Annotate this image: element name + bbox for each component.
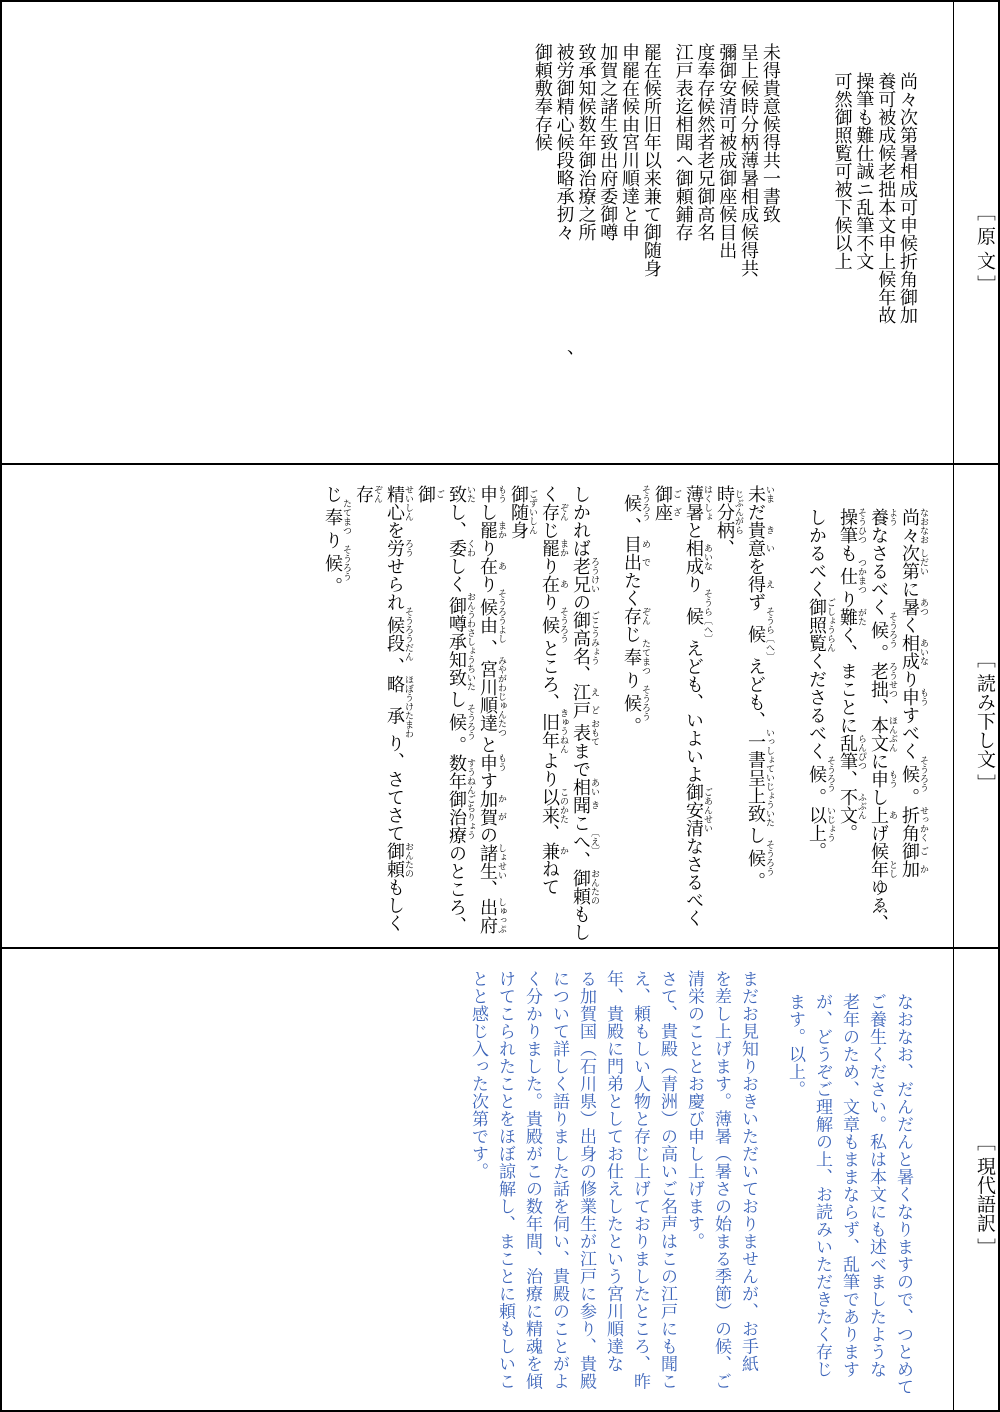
ruby-annotated-word: 諸生しょせい <box>478 844 498 880</box>
stray-comma-mark: 、 <box>567 338 585 356</box>
genbun-paragraph: 罷在候所旧年以来兼て御随身 申罷在候由宮川順達と申 加賀之諸生致出府委御噂 致承… <box>531 43 662 455</box>
ruby-annotated-word: 仕つかまつ <box>838 562 858 590</box>
ruby-annotated-word: 申もう <box>900 688 920 706</box>
ruby-annotated-word: 委くわ <box>447 539 467 557</box>
ruby-annotated-word: 本文ほんぶん <box>869 716 889 752</box>
ruby-annotated-word: 以来このかた <box>540 788 560 824</box>
ruby-annotated-word: 養よう <box>869 508 889 526</box>
ruby-annotated-word: 年とし <box>869 860 889 878</box>
ruby-annotated-word: 御頼おんたの <box>385 842 405 878</box>
ruby-annotated-word: 候そうろう <box>869 616 889 644</box>
ruby-annotated-word: 尚々なおなお <box>900 508 920 544</box>
ruby-annotated-word: 座ざ <box>653 503 673 521</box>
ruby-annotated-word: 難がた <box>838 608 858 626</box>
yomikudashi-paragraph: 尚々なおなお次第しだいに暑あつく相成あいなり申もうすべく候そうろう。折角せっかく… <box>801 485 929 941</box>
yomikudashi-paragraph: 未いまだ貴き意いを得えず候そうら〔へ〕えども、一書呈上致いっしょていじょういたし… <box>616 485 775 941</box>
ruby-annotated-word: 未いま <box>746 485 766 503</box>
ruby-annotated-word: 貴き <box>746 521 766 539</box>
ruby-annotated-word: 乱筆らんぴつ <box>838 734 858 770</box>
panel-gendaigoyaku: なおなお、だんだんと暑くなりますので、つとめて ご養生ください。私は本文にも述べ… <box>2 947 998 1410</box>
ruby-annotated-word: 罷まか <box>540 539 560 557</box>
ruby-annotated-word: 御噂承知致おんうわさしょうちいた <box>447 593 467 690</box>
ruby-annotated-word: 出で <box>622 553 642 571</box>
ruby-annotated-word: 候そうろう <box>900 760 920 788</box>
ruby-annotated-word: 候そうろう <box>447 708 467 736</box>
ruby-annotated-word: 候そうろう <box>746 844 766 872</box>
genbun-body: 尚々次第暑相成可申候折角御加 養可被成候老拙本文申上候年故 操筆も難仕誠ニ乱筆不… <box>2 2 953 463</box>
ruby-annotated-word: 時分柄じぶんがら <box>715 485 735 539</box>
gendaigoyaku-header-label: ［ 現代語訳 ］ <box>954 1132 998 1257</box>
ruby-annotated-word: 賀が <box>478 808 498 826</box>
ruby-annotated-word: 候そうろう <box>540 611 560 639</box>
ruby-annotated-word: 戸ど <box>571 701 591 719</box>
ruby-annotated-word: 一書呈上致いっしょていじょういた <box>746 729 766 826</box>
ruby-annotated-word: 加か <box>478 790 498 808</box>
ruby-annotated-word: 宮川順達みやがわじゅんたつ <box>478 657 498 736</box>
ruby-annotated-word: 候そうら〔へ〕 <box>684 593 704 639</box>
ruby-annotated-word: 候そうろう <box>622 689 642 717</box>
ruby-annotated-word: 御ご <box>653 485 673 503</box>
ruby-annotated-word: 在あ <box>478 557 498 575</box>
ruby-annotated-word: 労ろう <box>385 539 405 557</box>
ruby-annotated-word: 略ほぼ <box>385 675 405 693</box>
ruby-annotated-word: 相成あいな <box>900 634 920 670</box>
ruby-annotated-word: 致いた <box>447 485 467 503</box>
ruby-annotated-word: 目め <box>622 535 642 553</box>
panel-genbun: 尚々次第暑相成可申候折角御加 養可被成候老拙本文申上候年故 操筆も難仕誠ニ乱筆不… <box>2 2 998 463</box>
yomikudashi-body: 尚々なおなお次第しだいに暑あつく相成あいなり申もうすべく候そうろう。折角せっかく… <box>2 465 953 947</box>
gendaigoyaku-paragraph: なおなお、だんだんと暑くなりますので、つとめて ご養生ください。私は本文にも述べ… <box>782 970 917 1404</box>
ruby-annotated-word: 御頼おんたの <box>571 869 591 905</box>
gendaigoyaku-body: なおなお、だんだんと暑くなりますので、つとめて ご養生ください。私は本文にも述べ… <box>2 949 953 1410</box>
ruby-annotated-word: 御照覧ごしょうらん <box>807 598 827 652</box>
ruby-annotated-word: 申もう <box>869 770 889 788</box>
ruby-annotated-word: 表おもて <box>571 719 591 742</box>
genbun-paragraph: 尚々次第暑相成可申候折角御加 養可被成候老拙本文申上候年故 操筆も難仕誠ニ乱筆不… <box>831 43 918 455</box>
ruby-annotated-word: 不文ふぶん <box>838 788 858 824</box>
ruby-annotated-word: 奉たてまつ <box>622 643 642 671</box>
ruby-annotated-word: 在あ <box>540 575 560 593</box>
ruby-annotated-word: 得え <box>746 575 766 593</box>
genbun-paragraph: 未得貴意候得共一書致 呈上候時分柄薄暑相成候得共 彌御安清可被成御座候目出 度奉… <box>672 43 781 455</box>
ruby-annotated-word: 存ぞん <box>354 485 374 503</box>
gendaigoyaku-header: ［ 現代語訳 ］ <box>953 949 998 1410</box>
ruby-annotated-word: 奉たてまつ <box>323 503 343 531</box>
ruby-annotated-word: 上あ <box>869 806 889 824</box>
ruby-annotated-word: 相あい <box>571 778 591 796</box>
ruby-annotated-word: 候そうろう <box>622 485 642 517</box>
ruby-annotated-word: 老兄ろうけい <box>571 557 591 593</box>
ruby-annotated-word: 薄暑はくしょ <box>684 485 704 521</box>
ruby-annotated-word: 次第しだい <box>900 544 920 580</box>
yomikudashi-header-label: ［ 読み下し文 ］ <box>954 649 998 793</box>
ruby-annotated-word: 存ぞん <box>540 503 560 521</box>
gendaigoyaku-paragraph: まだお見知りおきいただいておりませんが、お手紙 を差し上げます。薄暑（暑さの始ま… <box>465 970 762 1404</box>
ruby-annotated-word: へ〔え〕 <box>571 832 591 851</box>
ruby-annotated-word: 兼か <box>540 842 560 860</box>
ruby-annotated-word: 相成あいな <box>684 539 704 575</box>
ruby-annotated-word: 申もう <box>478 754 498 772</box>
document-page: 尚々次第暑相成可申候折角御加 養可被成候老拙本文申上候年故 操筆も難仕誠ニ乱筆不… <box>0 0 1000 1412</box>
ruby-annotated-word: 出府しゅっぷ <box>478 898 498 934</box>
ruby-annotated-word: 旧年きゅうねん <box>540 711 560 752</box>
ruby-annotated-word: 折角せっかく <box>900 806 920 842</box>
ruby-annotated-word: 申もう <box>478 485 498 503</box>
ruby-annotated-word: 承うけたまわ <box>385 693 405 734</box>
ruby-annotated-word: 候そうろう <box>323 549 343 577</box>
ruby-annotated-word: 御ご <box>900 842 920 860</box>
ruby-annotated-word: 老拙ろうせつ <box>869 662 889 698</box>
ruby-annotated-word: 罷まか <box>478 521 498 539</box>
genbun-header-label: ［ 原 文 ］ <box>954 202 998 294</box>
ruby-annotated-word: 候そうろう <box>807 760 827 788</box>
ruby-annotated-word: 候そうら〔へ〕 <box>746 611 766 657</box>
ruby-annotated-word: 存ぞん <box>622 607 642 625</box>
ruby-annotated-word: 御安清ごあんせい <box>684 783 704 837</box>
ruby-annotated-word: 御ご <box>416 485 436 503</box>
ruby-annotated-word: 加か <box>900 860 920 878</box>
ruby-annotated-word: 精心せいしん <box>385 485 405 521</box>
ruby-annotated-word: 以上いじょう <box>807 806 827 842</box>
yomikudashi-header: ［ 読み下し文 ］ <box>953 465 998 947</box>
yomikudashi-paragraph: しかれば老兄ろうけいの御高名ごこうみょう、江え戸ど表おもてまで相あい聞きこへ〔え… <box>317 485 600 941</box>
panel-yomikudashi: 尚々なおなお次第しだいに暑あつく相成あいなり申もうすべく候そうろう。折角せっかく… <box>2 463 998 947</box>
ruby-annotated-word: 江え <box>571 683 591 701</box>
genbun-header: ［ 原 文 ］ <box>953 2 998 463</box>
ruby-annotated-word: 候段そうろうだん <box>385 611 405 657</box>
ruby-annotated-word: 意い <box>746 539 766 557</box>
ruby-annotated-word: 暑あつ <box>900 598 920 616</box>
ruby-annotated-word: 数年御治療すうねんごちりょう <box>447 754 467 844</box>
ruby-annotated-word: 操筆そうひつ <box>838 508 858 544</box>
ruby-annotated-word: 聞き <box>571 796 591 814</box>
ruby-annotated-word: 御随身ごずいしん <box>509 485 529 539</box>
ruby-annotated-word: 候由そうろうよし <box>478 593 498 639</box>
ruby-annotated-word: 御高名ごこうみょう <box>571 611 591 665</box>
